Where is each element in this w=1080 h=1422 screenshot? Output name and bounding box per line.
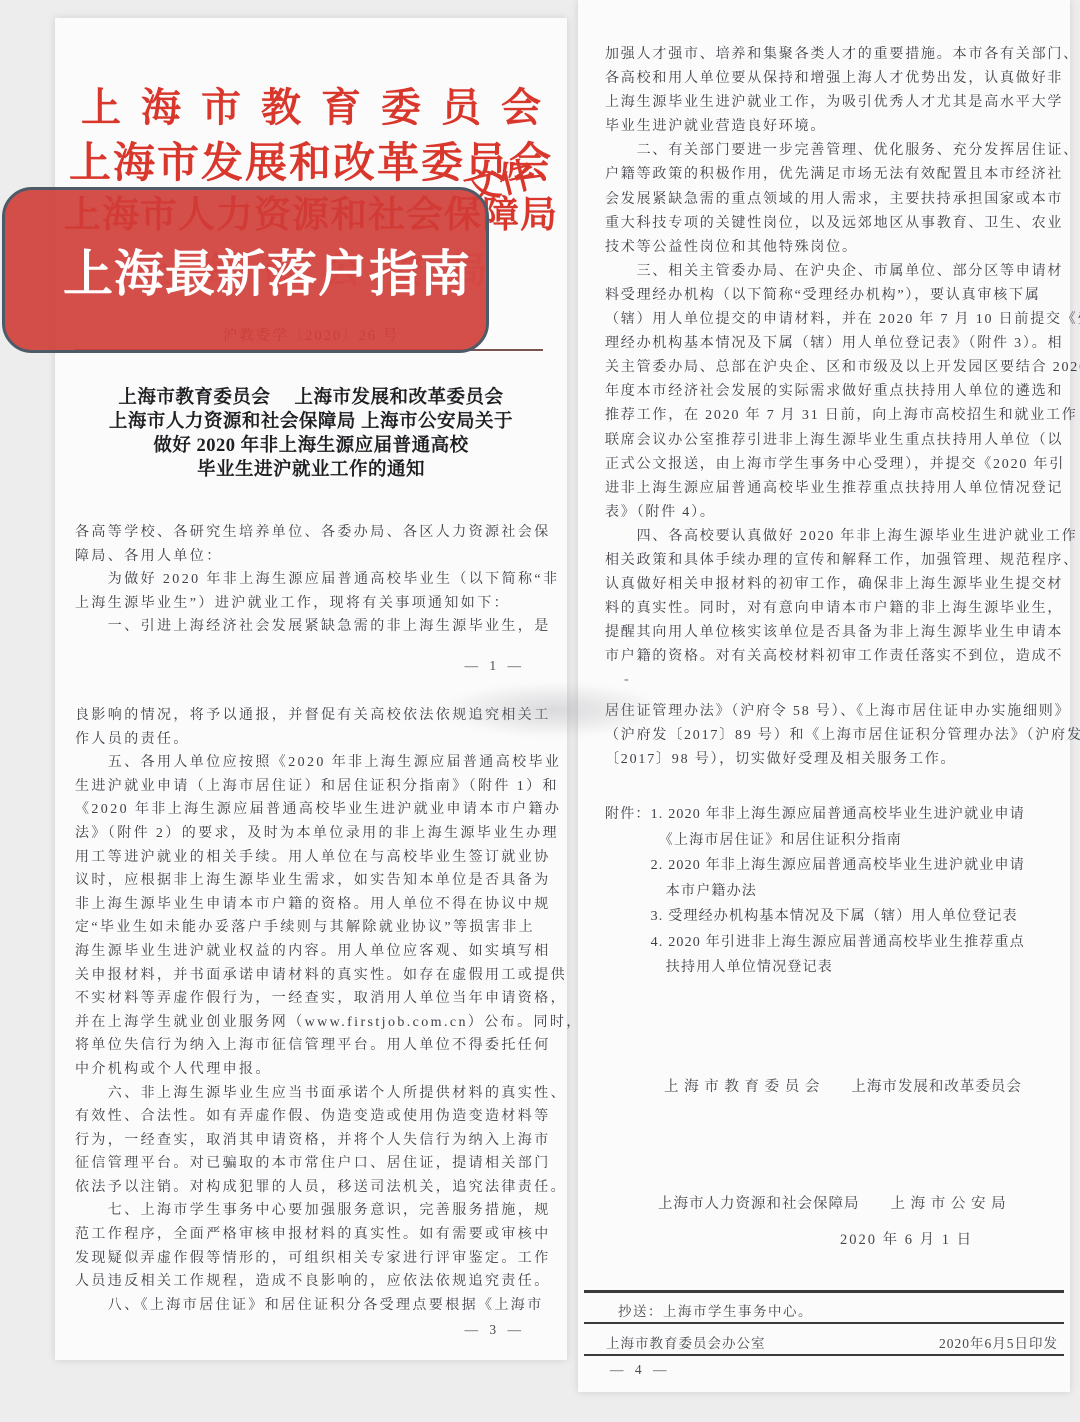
watermark-smudge — [438, 682, 668, 738]
text-line: 理经办机构基本情况及下属（辖）用人单位登记表》（附件 3）。相 — [605, 332, 1057, 356]
signature-line-2: 上海市人力资源和社会保障局 上 海 市 公 安 局 — [578, 1192, 1070, 1213]
text-line: 技术等公益性岗位和其他特殊岗位。 — [605, 236, 1057, 260]
text-line: 五、各用人单位应按照《2020 年非上海生源应届普通高校毕业 — [75, 751, 553, 775]
text-line: 联席会议办公室推荐引进非上海生源毕业生重点扶持用人单位（以 — [605, 429, 1057, 453]
document-scan: 上海市教育委员会 上海市发展和改革委员会 上海市人力资源和社会保障局 上海市公安… — [0, 0, 1080, 1422]
text-line: 本市户籍办法 — [605, 879, 1063, 905]
document-title: 上海市教育委员会 上海市发展和改革委员会上海市人力资源和社会保障局 上海市公安局… — [55, 386, 567, 482]
attachment-list: 附件：1. 2020 年非上海生源应届普通高校毕业生进沪就业申请 《上海市居住证… — [605, 802, 1063, 981]
signature-date: 2020 年 6 月 1 日 — [578, 1228, 1070, 1249]
page2-body: 加强人才强市、培养和集聚各类人才的重要措施。本市各有关部门、各高校和用人单位要从… — [605, 43, 1057, 669]
text-line: 户籍等政策的积极作用，优先满足市场无法有效配置且本市经济社 — [605, 163, 1057, 187]
footer-rule-bottom — [584, 1354, 1064, 1356]
text-line: 法》（附件 2）的要求，及时为本单位录用的非上海生源毕业生办理 — [75, 822, 553, 846]
text-line: 毕业生进沪就业工作的通知 — [55, 458, 567, 482]
text-line: 做好 2020 年非上海生源应届普通高校 — [55, 434, 567, 458]
footer-rule-top — [584, 1290, 1064, 1293]
page4-body: 居住证管理办法》（沪府令 58 号）、《上海市居住证申办实施细则》（沪府发〔20… — [605, 700, 1057, 772]
text-line: 3. 受理经办机构基本情况及下属（辖）用人单位登记表 — [605, 904, 1063, 930]
text-line: 各高校和用人单位要从保持和增强上海人才优势出发，认真做好非 — [605, 67, 1057, 91]
text-line: 征信管理平台。对已骗取的本市常住户口、居住证，提请相关部门 — [75, 1152, 553, 1176]
text-line: 认真做好相关申报材料的初审工作，确保非上海生源毕业生提交材 — [605, 573, 1057, 597]
text-line: 年度本市经济社会发展的实际需求做好重点扶持用人单位的遴选和 — [605, 380, 1057, 404]
page1-number: — 1 — — [465, 658, 526, 674]
text-line: 进非上海生源应届普通高校毕业生推荐重点扶持用人单位情况登记 — [605, 477, 1057, 501]
text-line: 上海生源毕业生进沪就业工作，为吸引优秀人才尤其是高水平大学 — [605, 91, 1057, 115]
text-line: 用工等进沪就业的相关手续。用人单位在与高校毕业生签订就业协 — [75, 846, 553, 870]
text-line: 表》（附件 4）。 — [605, 501, 1057, 525]
text-line: 〔2017〕98 号），切实做好受理及相关服务工作。 — [605, 748, 1057, 772]
text-line: 扶持用人单位情况登记表 — [605, 955, 1063, 981]
footer-print-date: 2020年6月5日印发 — [939, 1332, 1058, 1352]
text-line: （沪府发〔2017〕89 号）和《上海市居住证积分管理办法》（沪府发 — [605, 724, 1057, 748]
text-line: 不实材料等弄虚作假行为，一经查实，取消用人单位当年申请资格， — [75, 987, 553, 1011]
text-line: 将单位失信行为纳入上海市征信管理平台。用人单位不得委托任何 — [75, 1034, 553, 1058]
text-line: 八、《上海市居住证》和居住证积分各受理点要根据《上海市 — [75, 1294, 553, 1318]
text-line: 《2020 年非上海生源应届普通高校毕业生进沪就业申请本市户籍办 — [75, 798, 553, 822]
text-line: 会发展紧缺急需的重点领域的用人需求，主要扶持承担国家或本市 — [605, 188, 1057, 212]
text-line: 四、各高校要认真做好 2020 年非上海生源毕业生进沪就业工作 — [605, 525, 1057, 549]
text-line: 范工作程序，全面严格审核申报材料的真实性。如有需要或审核中 — [75, 1223, 553, 1247]
text-line: 七、上海市学生事务中心要加强服务意识，完善服务措施，规 — [75, 1199, 553, 1223]
text-line: 居住证管理办法》（沪府令 58 号）、《上海市居住证申办实施细则》 — [605, 700, 1057, 724]
text-line: 加强人才强市、培养和集聚各类人才的重要措施。本市各有关部门、 — [605, 43, 1057, 67]
text-line: 附件：1. 2020 年非上海生源应届普通高校毕业生进沪就业申请 — [605, 802, 1063, 828]
text-line: 一、引进上海经济社会发展紧缺急需的非上海生源毕业生，是 — [75, 615, 553, 639]
page4-number: — 4 — — [610, 1362, 671, 1378]
text-line: 上海市教育委员会 上海市发展和改革委员会 — [55, 386, 567, 410]
text-line: 依法予以注销。对构成犯罪的人员，移送司法机关，追究法律责任。 — [75, 1176, 553, 1200]
text-line: 发现疑似弄虚作假等情形的，可组织相关专家进行评审鉴定。工作 — [75, 1247, 553, 1271]
text-line: 二、有关部门要进一步完善管理、优化服务、充分发挥居住证、 — [605, 139, 1057, 163]
text-line: 为做好 2020 年非上海生源应届普通高校毕业生（以下简称“非 — [75, 568, 553, 592]
text-line: 并在上海学生就业创业服务网（www.firstjob.com.cn）公布。同时， — [75, 1011, 553, 1035]
text-line: 提醒其向用人单位核实该单位是否具备为非上海生源毕业生申请本 — [605, 621, 1057, 645]
text-line: 相关政策和具体手续办理的宣传和解释工作，加强管理、规范程序、 — [605, 549, 1057, 573]
text-line: 毕业生进沪就业营造良好环境。 — [605, 115, 1057, 139]
footer-issuer-row: 上海市教育委员会办公室 2020年6月5日印发 — [606, 1332, 1058, 1352]
text-line: 人员违反相关工作规程，造成不良影响的，应依法依规追究责任。 — [75, 1270, 553, 1294]
signature-line-1: 上 海 市 教 育 委 员 会 上海市发展和改革委员会 — [578, 1075, 1070, 1096]
text-line: 料受理经办机构（以下简称“受理经办机构”），要认真审核下属 — [605, 284, 1057, 308]
page3-body: 良影响的情况，将予以通报，并督促有关高校依法依规追究相关工作人员的责任。 五、各… — [75, 704, 553, 1317]
text-line: 重大科技专项的关键性岗位，以及远郊地区从事教育、卫生、农业 — [605, 212, 1057, 236]
text-line: 海生源毕业生进沪就业权益的内容。用人单位应客观、如实填写相 — [75, 940, 553, 964]
guide-banner-text: 上海最新落户指南 — [63, 234, 471, 306]
text-line: 关申报材料，并书面承诺申请材料的真实性。如存在虚假用工或提供 — [75, 964, 553, 988]
text-line: 有效性、合法性。如有弄虚作假、伪造变造或使用伪造变造材料等 — [75, 1105, 553, 1129]
letterhead-line-1: 上海市教育委员会 — [55, 76, 567, 133]
text-line: 上海生源毕业生”）进沪就业工作，现将有关事项通知如下： — [75, 592, 553, 616]
text-line: 障局、各用人单位： — [75, 545, 553, 569]
text-line: （辖）用人单位提交的申请材料，并在 2020 年 7 月 10 日前提交《受 — [605, 308, 1057, 332]
text-line: 六、非上海生源毕业生应当书面承诺个人所提供材料的真实性、 — [75, 1082, 553, 1106]
page1-body: 各高等学校、各研究生培养单位、各委办局、各区人力资源社会保障局、各用人单位： 为… — [75, 521, 553, 639]
text-line: 市户籍的资格。对有关高校材料初审工作责任落实不到位，造成不 — [605, 645, 1057, 669]
text-line: 行为，一经查实，取消其申请资格，并将个人失信行为纳入上海市 — [75, 1129, 553, 1153]
guide-banner: 上海最新落户指南 — [2, 187, 489, 353]
text-line: 正式公文报送，由上海市学生事务中心受理），并提交《2020 年引 — [605, 453, 1057, 477]
footer-issuer: 上海市教育委员会办公室 — [606, 1332, 766, 1352]
text-line: 2. 2020 年非上海生源应届普通高校毕业生进沪就业申请 — [605, 853, 1063, 879]
text-line: 三、相关主管委办局、在沪央企、市属单位、部分区等申请材 — [605, 260, 1057, 284]
text-line: 定“毕业生如未能办妥落户手续则与其解除就业协议”等损害非上 — [75, 916, 553, 940]
text-line: 生进沪就业申请（上海市居住证）和居住证积分指南》（附件 1）和 — [75, 775, 553, 799]
text-line: 《上海市居住证》和居住证积分指南 — [605, 828, 1063, 854]
text-line: 中介机构或个人代理申报。 — [75, 1058, 553, 1082]
page3-number: — 3 — — [465, 1322, 526, 1338]
text-line: 上海市人力资源和社会保障局 上海市公安局关于 — [55, 410, 567, 434]
text-line: 各高等学校、各研究生培养单位、各委办局、各区人力资源社会保 — [75, 521, 553, 545]
text-line: 4. 2020 年引进非上海生源应届普通高校毕业生推荐重点 — [605, 930, 1063, 956]
text-line: 议时，应根据非上海生源毕业生需求，如实告知本单位是否具备为 — [75, 869, 553, 893]
text-line: 推荐工作，在 2020 年 7 月 31 日前，向上海市高校招生和就业工作 — [605, 404, 1057, 428]
footer-rule-middle — [584, 1322, 1064, 1324]
text-line: 关主管委办局、总部在沪央企、区和市级及以上开发园区要结合 2020 — [605, 356, 1057, 380]
text-line: 非上海生源毕业生申请本市户籍的资格。用人单位不得在协议中规 — [75, 893, 553, 917]
text-line: 料的真实性。同时，对有意向申请本市户籍的非上海生源毕业生， — [605, 597, 1057, 621]
footer-cc-line: 抄送：上海市学生事务中心。 — [618, 1300, 813, 1320]
